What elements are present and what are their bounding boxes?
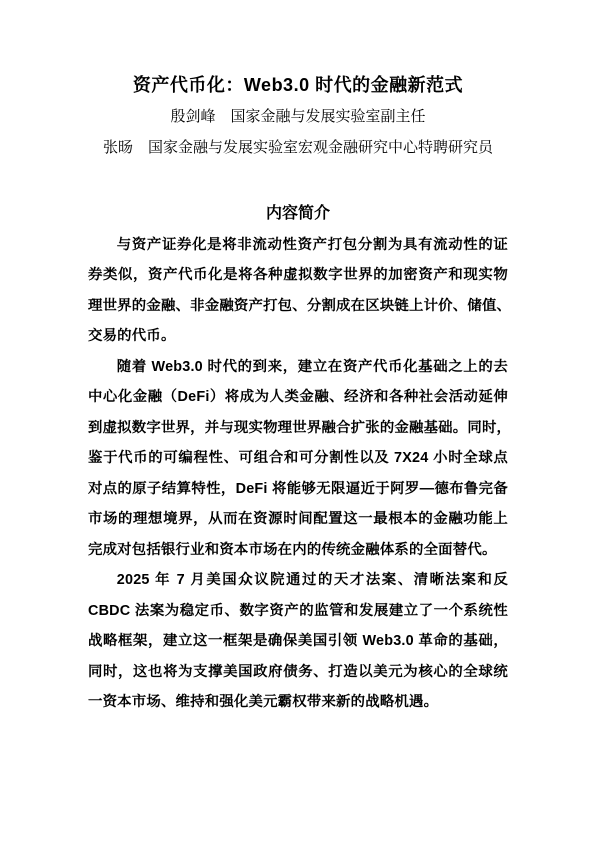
paragraph-line: 中心化金融（DeFi）将成为人类金融、经济和各种社会活动延伸 xyxy=(88,382,508,413)
paragraph-line: 券类似，资产代币化是将各种虚拟数字世界的加密资产和现实物 xyxy=(88,260,508,291)
paragraph-line: 理世界的金融、非金融资产打包、分割成在区块链上计价、储值、 xyxy=(88,291,508,322)
paragraph-line: 完成对包括银行业和资本市场在内的传统金融体系的全面替代。 xyxy=(88,535,508,566)
paragraph-line: 与资产证券化是将非流动性资产打包分割为具有流动性的证 xyxy=(88,230,508,261)
paragraph-line: 同时，这也将为支撑美国政府债务、打造以美元为核心的全球统 xyxy=(88,657,508,688)
paragraph-line: 2025 年 7 月美国众议院通过的天才法案、清晰法案和反 xyxy=(88,565,508,596)
paragraph-line: CBDC 法案为稳定币、数字资产的监管和发展建立了一个系统性 xyxy=(88,596,508,627)
paragraph-line: 一资本市场、维持和强化美元霸权带来新的战略机遇。 xyxy=(88,687,508,718)
abstract-paragraphs: 与资产证券化是将非流动性资产打包分割为具有流动性的证券类似，资产代币化是将各种虚… xyxy=(88,230,508,718)
paragraph-line: 鉴于代币的可编程性、可组合和可分割性以及 7X24 小时全球点 xyxy=(88,443,508,474)
document-title: 资产代币化：Web3.0 时代的金融新范式 xyxy=(88,68,508,102)
paragraph-line: 市场的理想境界，从而在资源时间配置这一最根本的金融功能上 xyxy=(88,504,508,535)
document-page: 资产代币化：Web3.0 时代的金融新范式 殷剑峰 国家金融与发展实验室副主任 … xyxy=(0,0,595,841)
author-line-2: 张旸 国家金融与发展实验室宏观金融研究中心特聘研究员 xyxy=(88,133,508,164)
paragraph-line: 战略框架，建立这一框架是确保美国引领 Web3.0 革命的基础， xyxy=(88,626,508,657)
paragraph-line: 交易的代币。 xyxy=(88,321,508,352)
author-line-1: 殷剑峰 国家金融与发展实验室副主任 xyxy=(88,102,508,133)
paragraph-line: 到虚拟数字世界，并与现实物理世界融合扩张的金融基础。同时， xyxy=(88,413,508,444)
paragraph-line: 随着 Web3.0 时代的到来，建立在资产代币化基础之上的去 xyxy=(88,352,508,383)
section-heading: 内容简介 xyxy=(88,199,508,230)
paragraph-line: 对点的原子结算特性，DeFi 将能够无限逼近于阿罗—德布鲁完备 xyxy=(88,474,508,505)
